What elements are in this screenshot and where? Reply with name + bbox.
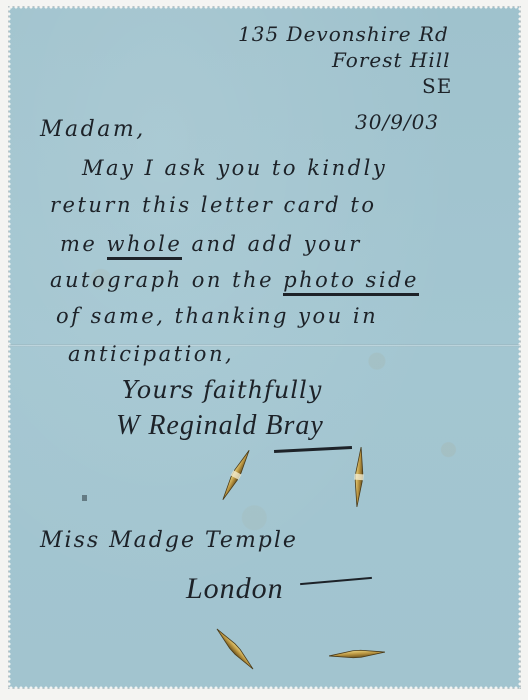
brass-fastener-icon bbox=[329, 649, 385, 660]
brass-fasteners bbox=[0, 0, 528, 700]
brass-fastener-icon bbox=[219, 448, 253, 502]
brass-fastener-icon bbox=[214, 627, 255, 672]
brass-fastener-icon bbox=[352, 447, 365, 507]
